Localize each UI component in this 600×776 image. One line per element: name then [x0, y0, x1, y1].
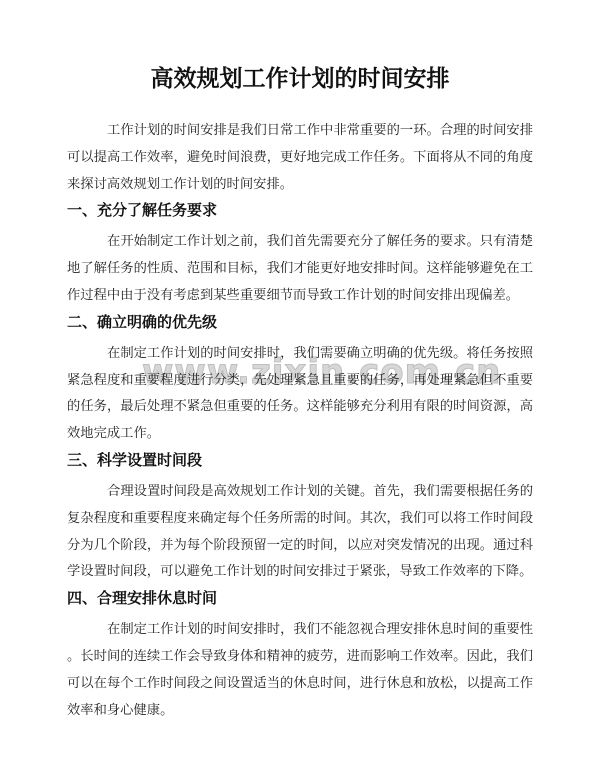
section-1: 一、充分了解任务要求 在开始制定工作计划之前，我们首先需要充分了解任务的要求。只… — [67, 200, 533, 308]
section-1-paragraph: 在开始制定工作计划之前，我们首先需要充分了解任务的要求。只有清楚地了解任务的性质… — [67, 228, 533, 308]
intro-paragraph: 工作计划的时间安排是我们日常工作中非常重要的一环。合理的时间安排可以提高工作效率… — [67, 117, 533, 197]
section-2-paragraph: 在制定工作计划的时间安排时，我们需要确立明确的优先级。将任务按照紧急程度和重要程… — [67, 340, 533, 447]
section-4: 四、合理安排休息时间 在制定工作计划的时间安排时，我们不能忽视合理安排休息时间的… — [67, 588, 533, 723]
document-page: www.zixin.com.cn 高效规划工作计划的时间安排 工作计划的时间安排… — [0, 0, 600, 776]
section-4-paragraph: 在制定工作计划的时间安排时，我们不能忽视合理安排休息时间的重要性。长时间的连续工… — [67, 616, 533, 723]
section-4-heading: 四、合理安排休息时间 — [67, 588, 533, 609]
section-2: 二、确立明确的优先级 在制定工作计划的时间安排时，我们需要确立明确的优先级。将任… — [67, 312, 533, 447]
document-content: 高效规划工作计划的时间安排 工作计划的时间安排是我们日常工作中非常重要的一环。合… — [0, 0, 600, 723]
section-3-paragraph: 合理设置时间段是高效规划工作计划的关键。首先，我们需要根据任务的复杂程度和重要程… — [67, 478, 533, 585]
section-3-heading: 三、科学设置时间段 — [67, 450, 533, 471]
section-3: 三、科学设置时间段 合理设置时间段是高效规划工作计划的关键。首先，我们需要根据任… — [67, 450, 533, 585]
document-title: 高效规划工作计划的时间安排 — [67, 62, 533, 95]
section-2-heading: 二、确立明确的优先级 — [67, 312, 533, 333]
section-1-heading: 一、充分了解任务要求 — [67, 200, 533, 221]
